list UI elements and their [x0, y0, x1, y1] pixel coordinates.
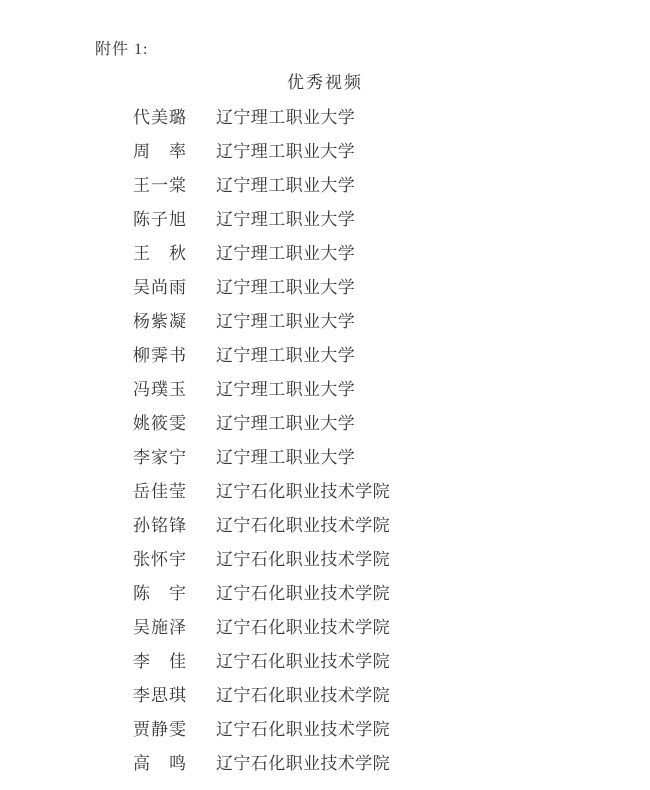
list-row: 陈子旭辽宁理工职业大学: [133, 203, 390, 237]
awardee-name: 陈子旭: [133, 203, 186, 237]
list-row: 吴尚雨辽宁理工职业大学: [133, 271, 390, 305]
list-row: 岳佳莹辽宁石化职业技术学院: [133, 475, 390, 509]
awardee-name: 冯璞玉: [133, 373, 186, 407]
list-row: 贾静雯辽宁石化职业技术学院: [133, 713, 390, 747]
institution-name: 辽宁理工职业大学: [216, 203, 355, 237]
institution-name: 辽宁理工职业大学: [216, 373, 355, 407]
list-row: 代美璐辽宁理工职业大学: [133, 101, 390, 135]
institution-name: 辽宁理工职业大学: [216, 407, 355, 441]
awardee-name: 王 秋: [133, 237, 186, 271]
awardee-name: 贾静雯: [133, 713, 186, 747]
institution-name: 辽宁石化职业技术学院: [216, 645, 390, 679]
list-row: 李思琪辽宁石化职业技术学院: [133, 679, 390, 713]
institution-name: 辽宁石化职业技术学院: [216, 475, 390, 509]
institution-name: 辽宁石化职业技术学院: [216, 509, 390, 543]
list-row: 孙铭锋辽宁石化职业技术学院: [133, 509, 390, 543]
institution-name: 辽宁理工职业大学: [216, 339, 355, 373]
institution-name: 辽宁理工职业大学: [216, 305, 355, 339]
institution-name: 辽宁理工职业大学: [216, 441, 355, 475]
institution-name: 辽宁石化职业技术学院: [216, 611, 390, 645]
awardee-name: 王一棠: [133, 169, 186, 203]
awardee-name: 代美璐: [133, 101, 186, 135]
page-title: 优秀视频: [0, 68, 650, 93]
institution-name: 辽宁石化职业技术学院: [216, 577, 390, 611]
institution-name: 辽宁石化职业技术学院: [216, 713, 390, 747]
awardee-name: 李 佳: [133, 645, 186, 679]
list-row: 王一棠辽宁理工职业大学: [133, 169, 390, 203]
list-row: 柳霁书辽宁理工职业大学: [133, 339, 390, 373]
awardee-name: 李思琪: [133, 679, 186, 713]
awardee-name: 杨紫凝: [133, 305, 186, 339]
awardee-name: 姚筱雯: [133, 407, 186, 441]
awardee-name: 李家宁: [133, 441, 186, 475]
institution-name: 辽宁理工职业大学: [216, 271, 355, 305]
list-row: 王 秋辽宁理工职业大学: [133, 237, 390, 271]
awardee-name: 吴尚雨: [133, 271, 186, 305]
institution-name: 辽宁石化职业技术学院: [216, 679, 390, 713]
institution-name: 辽宁理工职业大学: [216, 237, 355, 271]
institution-name: 辽宁理工职业大学: [216, 101, 355, 135]
awardee-name: 周 率: [133, 135, 186, 169]
list-row: 高 鸣辽宁石化职业技术学院: [133, 747, 390, 781]
awardee-name: 吴施泽: [133, 611, 186, 645]
document-page: 附件 1: 优秀视频 代美璐辽宁理工职业大学 周 率辽宁理工职业大学 王一棠辽宁…: [0, 0, 650, 790]
list-row: 张怀宇辽宁石化职业技术学院: [133, 543, 390, 577]
award-list: 代美璐辽宁理工职业大学 周 率辽宁理工职业大学 王一棠辽宁理工职业大学 陈子旭辽…: [133, 101, 390, 781]
list-row: 冯璞玉辽宁理工职业大学: [133, 373, 390, 407]
institution-name: 辽宁石化职业技术学院: [216, 543, 390, 577]
awardee-name: 岳佳莹: [133, 475, 186, 509]
awardee-name: 孙铭锋: [133, 509, 186, 543]
institution-name: 辽宁石化职业技术学院: [216, 747, 390, 781]
list-row: 姚筱雯辽宁理工职业大学: [133, 407, 390, 441]
awardee-name: 高 鸣: [133, 747, 186, 781]
institution-name: 辽宁理工职业大学: [216, 169, 355, 203]
list-row: 杨紫凝辽宁理工职业大学: [133, 305, 390, 339]
list-row: 李家宁辽宁理工职业大学: [133, 441, 390, 475]
attachment-label: 附件 1:: [95, 36, 148, 59]
awardee-name: 柳霁书: [133, 339, 186, 373]
institution-name: 辽宁理工职业大学: [216, 135, 355, 169]
list-row: 周 率辽宁理工职业大学: [133, 135, 390, 169]
list-row: 陈 宇辽宁石化职业技术学院: [133, 577, 390, 611]
awardee-name: 张怀宇: [133, 543, 186, 577]
list-row: 吴施泽辽宁石化职业技术学院: [133, 611, 390, 645]
list-row: 李 佳辽宁石化职业技术学院: [133, 645, 390, 679]
awardee-name: 陈 宇: [133, 577, 186, 611]
